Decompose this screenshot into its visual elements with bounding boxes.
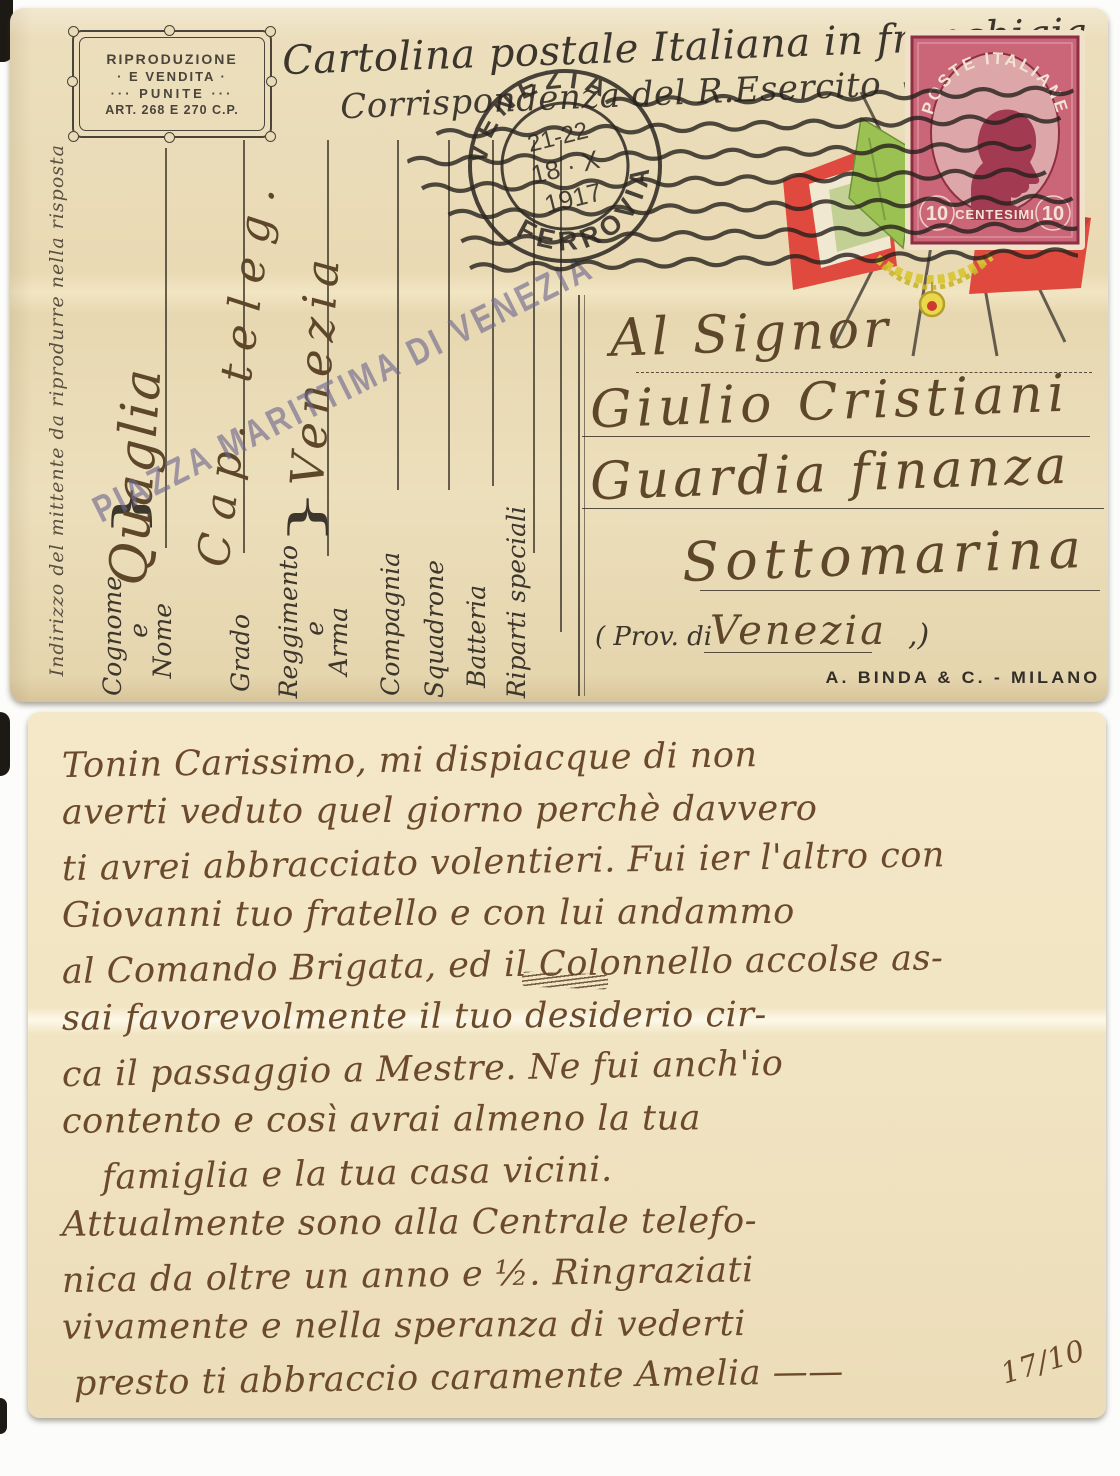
scan-edge-artifact — [0, 1398, 7, 1434]
warning-line: ··· PUNITE ··· — [80, 86, 264, 101]
scan-edge-artifact — [0, 712, 10, 776]
message-line-text: presto ti abbraccio caramente Amelia —— — [74, 1352, 844, 1404]
form-field-label-riparti-speciali: Riparti speciali — [502, 506, 531, 698]
form-field-label-nome: Nome — [148, 603, 177, 678]
address-divider — [584, 295, 585, 696]
form-field-label-compagnia: Compagnia — [376, 552, 405, 696]
prov-value: Venezia — [710, 608, 887, 654]
prov-label: ( Prov. di — [595, 622, 712, 652]
printer-imprint: A. BINDA & C. - MILANO — [825, 669, 1100, 688]
postcard-back: Tonin Carissimo, mi dispiacque di non av… — [28, 712, 1106, 1418]
address-underline — [704, 652, 872, 653]
crossed-out-word — [522, 972, 608, 990]
address-line-1: Al Signor — [609, 299, 893, 369]
form-field-label-arma: Arma — [324, 607, 353, 676]
form-field-label-cognome: Cognome — [98, 576, 127, 696]
warning-line: · E VENDITA · — [80, 69, 264, 84]
form-rule-line — [397, 140, 399, 490]
prov-close: ,) — [908, 618, 929, 653]
form-field-label-reggimento: Reggimento — [274, 545, 303, 698]
address-line-4: Sottomarina — [681, 517, 1088, 594]
address-line-3: Guardia finanza — [589, 436, 1071, 513]
address-underline — [700, 590, 1100, 591]
address-divider — [578, 295, 580, 696]
address-line-2: Giulio Cristiani — [589, 364, 1070, 441]
handwritten-message: Tonin Carissimo, mi dispiacque di non av… — [62, 738, 1092, 1408]
postcard-front: RIPRODUZIONE · E VENDITA · ··· PUNITE ··… — [10, 8, 1108, 702]
form-field-label-grado: Grado — [226, 614, 255, 692]
form-field-label-squadrone: Squadrone — [420, 560, 449, 698]
warning-line: ART. 268 E 270 C.P. — [80, 103, 264, 117]
sender-margin-note: Indirizzo del mittente da riprodurre nel… — [46, 144, 68, 676]
address-underline — [582, 508, 1104, 509]
form-field-label-batteria: Batteria — [462, 585, 491, 688]
warning-line: RIPRODUZIONE — [80, 51, 264, 67]
reproduction-warning-plaque: RIPRODUZIONE · E VENDITA · ··· PUNITE ··… — [72, 30, 272, 138]
sender-grade-handwriting: Cap. teleg. — [188, 170, 287, 569]
form-brace: } — [281, 486, 332, 547]
